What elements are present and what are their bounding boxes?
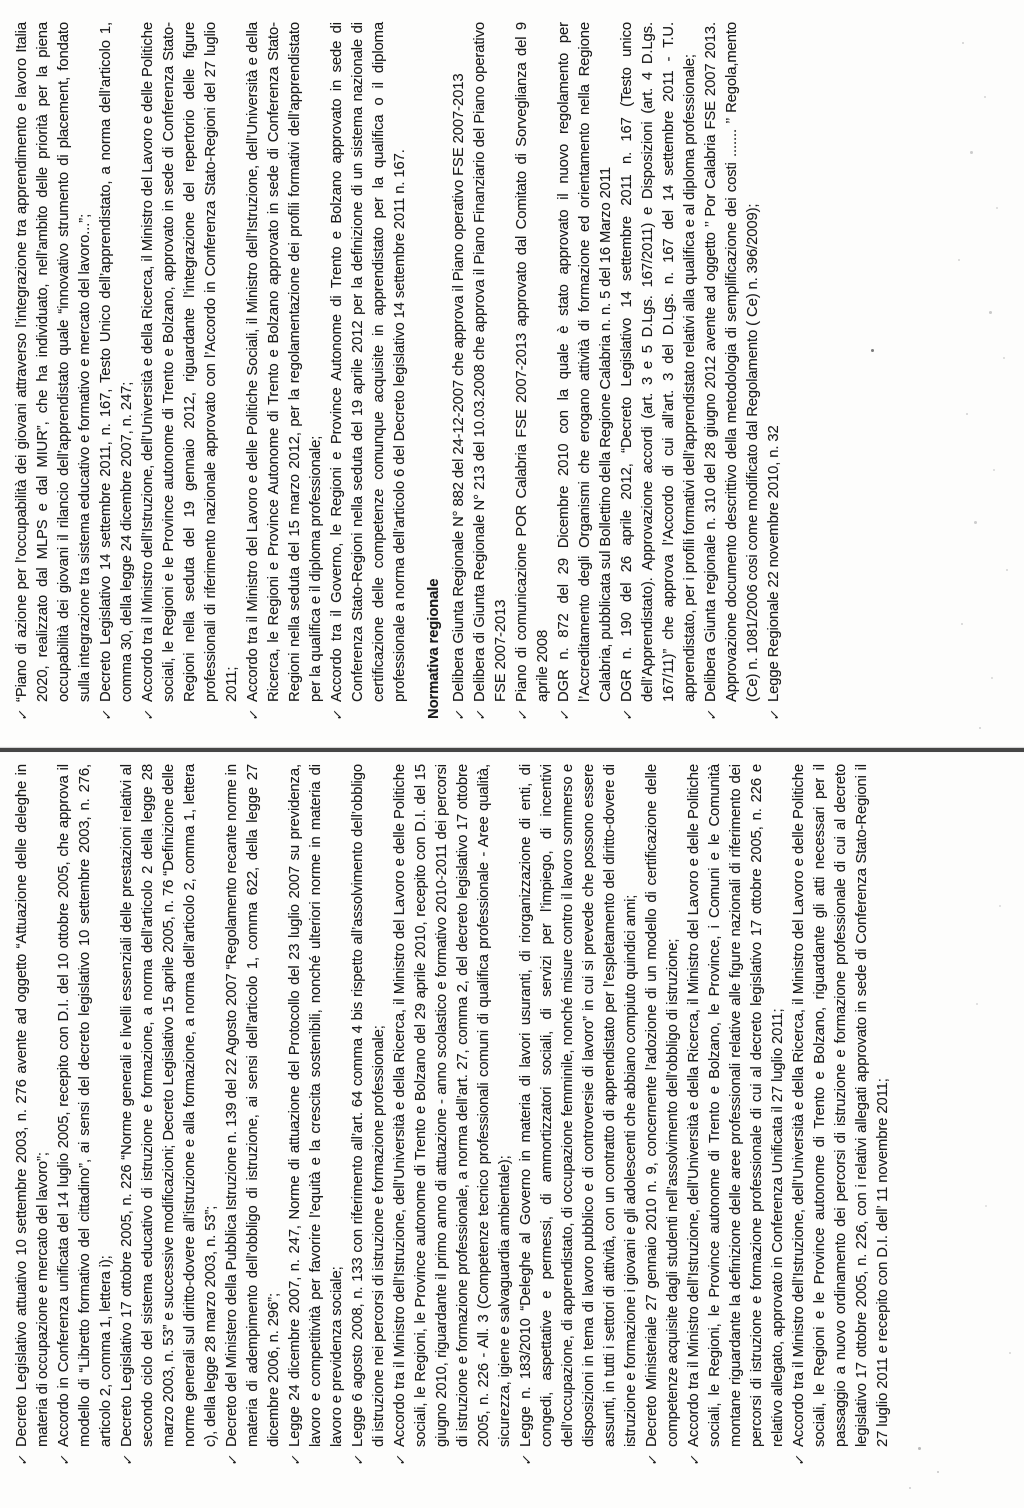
list-item: ✓Accordo tra il Ministro dell’Istruzione…	[390, 764, 516, 1464]
list-item: ✓Delibera Giunta regionale n. 310 del 28…	[701, 22, 764, 719]
list-item: ✓Delibera Giunta Regionale N° 882 del 24…	[449, 22, 470, 719]
list-item: ✓Accordo tra il Governo, le Regioni e Pr…	[327, 22, 411, 719]
scan-speck	[993, 469, 995, 471]
list-item-text: Decreto Legislativo 17 ottobre 2005, n. …	[117, 764, 222, 1447]
checkmark-icon: ✓	[286, 1456, 307, 1466]
scan-speck	[976, 1003, 978, 1005]
list-item-text: Legge 6 agosto 2008, n. 133 con riferime…	[348, 764, 390, 1447]
list-item: ✓Legge 6 agosto 2008, n. 133 con riferim…	[348, 764, 390, 1464]
checkmark-icon: ✓	[244, 711, 265, 721]
scan-speck	[918, 1447, 921, 1450]
checkmark-icon: ✓	[702, 711, 723, 721]
list-item-text: Accordo tra il Ministro dell’Istruzione,…	[789, 764, 894, 1447]
checkmark-icon: ✓	[13, 711, 34, 721]
list-item-text: DGR n. 872 del 29 Dicembre 2010 con la q…	[554, 22, 617, 702]
scan-speck	[974, 521, 977, 524]
checkmark-icon: ✓	[790, 1456, 811, 1466]
list-item: ✓Accordo in Conferenza unificata del 14 …	[54, 764, 117, 1464]
list-item-text: Accordo tra il Governo, le Regioni e Pro…	[327, 22, 411, 702]
checkmark-icon: ✓	[139, 711, 160, 721]
scan-speck	[961, 623, 963, 625]
list-item: ✓Accordo tra il Ministro dell’Istruzione…	[684, 764, 789, 1464]
list-item: ✓“Piano di azione per l’occupabilità dei…	[12, 22, 96, 719]
checkmark-icon: ✓	[643, 1456, 664, 1466]
checkmark-icon: ✓	[555, 711, 576, 721]
scan-speck	[985, 1205, 987, 1207]
list-item: ✓Accordo tra il Ministro del Lavoro e de…	[243, 22, 327, 719]
list-item-text: Delibera Giunta Regionale N° 882 del 24-…	[449, 22, 470, 702]
scan-speck	[909, 1487, 911, 1489]
scan-speck	[1009, 1352, 1011, 1354]
list-item-text: Accordo tra il Ministro dell’Istruzione,…	[390, 764, 516, 1447]
list-item: ✓Piano di comunicazione POR Calabria FSE…	[512, 22, 554, 719]
checkmark-icon: ✓	[349, 1456, 370, 1466]
list-item-text: Piano di comunicazione POR Calabria FSE …	[512, 22, 554, 702]
scanned-page: ✓Decreto Legislativo attuativo 10 settem…	[0, 0, 1024, 1508]
checkmark-icon: ✓	[118, 1456, 139, 1466]
column-divider-rule	[0, 749, 1024, 753]
list-item: ✓Legge n. 183/2010 “Deleghe al Governo i…	[516, 764, 642, 1464]
list-item-text: Accordo in Conferenza unificata del 14 l…	[54, 764, 117, 1447]
list-item: ✓Accordo tra il Ministro dell’Istruzione…	[789, 764, 894, 1464]
list-item: ✓Decreto Legislativo 14 settembre 2011, …	[96, 22, 138, 719]
section-heading: Normativa regionale	[424, 22, 445, 719]
list-item-text: DGR n. 190 del 26 aprile 2012, “Decreto …	[617, 22, 701, 702]
list-item: ✓Legge 24 dicembre 2007, n. 247, Norme d…	[285, 764, 348, 1464]
checkmark-icon: ✓	[618, 711, 639, 721]
list-item-text: Delibera di Giunta Regionale N° 213 del …	[470, 22, 512, 702]
checkmark-icon: ✓	[517, 1456, 538, 1466]
list-item: ✓Accordo tra il Ministro dell’Istruzione…	[138, 22, 243, 719]
scan-speck	[999, 905, 1001, 907]
left-column: ✓Decreto Legislativo attuativo 10 settem…	[12, 764, 894, 1464]
scan-speck	[996, 207, 998, 209]
list-item-text: Decreto Legislativo attuativo 10 settemb…	[12, 764, 54, 1447]
list-item-text: Legge Regionale 22 novembre 2010, n. 32	[764, 22, 785, 702]
checkmark-icon: ✓	[55, 1456, 76, 1466]
list-item-text: Legge n. 183/2010 “Deleghe al Governo in…	[516, 764, 642, 1447]
checkmark-icon: ✓	[685, 1456, 706, 1466]
scan-speck	[1006, 569, 1008, 571]
checkmark-icon: ✓	[223, 1456, 244, 1466]
scan-speck	[871, 349, 874, 352]
list-item: ✓Delibera di Giunta Regionale N° 213 del…	[470, 22, 512, 719]
checkmark-icon: ✓	[391, 1456, 412, 1466]
list-item-text: Decreto Ministeriale 27 gennaio 2010 n. …	[642, 764, 684, 1447]
scan-speck	[989, 311, 992, 314]
scan-speck	[958, 259, 960, 261]
checkmark-icon: ✓	[513, 711, 534, 721]
list-item: ✓DGR n. 190 del 26 aprile 2012, “Decreto…	[617, 22, 701, 719]
scan-speck	[984, 96, 986, 98]
checkmark-icon: ✓	[328, 711, 349, 721]
scan-speck	[1003, 357, 1005, 359]
checkmark-icon: ✓	[97, 711, 118, 721]
list-item-text: Accordo tra il Ministro dell’Istruzione,…	[684, 764, 789, 1447]
scan-speck	[970, 151, 973, 154]
list-item-text: Accordo tra il Ministro del Lavoro e del…	[243, 22, 327, 702]
checkmark-icon: ✓	[13, 1456, 34, 1466]
checkmark-icon: ✓	[765, 711, 786, 721]
list-item-text: Delibera Giunta regionale n. 310 del 28 …	[701, 22, 764, 702]
list-item: ✓DGR n. 872 del 29 Dicembre 2010 con la …	[554, 22, 617, 719]
list-item-text: Decreto Legislativo 14 settembre 2011, n…	[96, 22, 138, 702]
right-column: ✓“Piano di azione per l’occupabilità dei…	[12, 22, 785, 719]
page-rotated-content: ✓Decreto Legislativo attuativo 10 settem…	[0, 0, 1024, 1508]
list-item-text: “Piano di azione per l’occupabilità dei …	[12, 22, 96, 702]
checkmark-icon: ✓	[450, 711, 471, 721]
scan-speck	[937, 1471, 939, 1473]
list-item-text: Accordo tra il Ministro dell’Istruzione,…	[138, 22, 243, 702]
list-item: ✓Decreto del Ministero della Pubblica Is…	[222, 764, 285, 1464]
list-item: ✓Legge Regionale 22 novembre 2010, n. 32	[764, 22, 785, 719]
scan-speck	[979, 727, 981, 729]
scan-speck	[962, 42, 964, 44]
scan-speck	[991, 677, 993, 679]
list-item: ✓Decreto Legislativo attuativo 10 settem…	[12, 764, 54, 1464]
checkmark-icon: ✓	[471, 711, 492, 721]
list-item: ✓Decreto Legislativo 17 ottobre 2005, n.…	[117, 764, 222, 1464]
list-item: ✓Decreto Ministeriale 27 gennaio 2010 n.…	[642, 764, 684, 1464]
list-item-text: Decreto del Ministero della Pubblica Ist…	[222, 764, 285, 1447]
list-item-text: Legge 24 dicembre 2007, n. 247, Norme di…	[285, 764, 348, 1447]
scan-speck	[966, 413, 968, 415]
